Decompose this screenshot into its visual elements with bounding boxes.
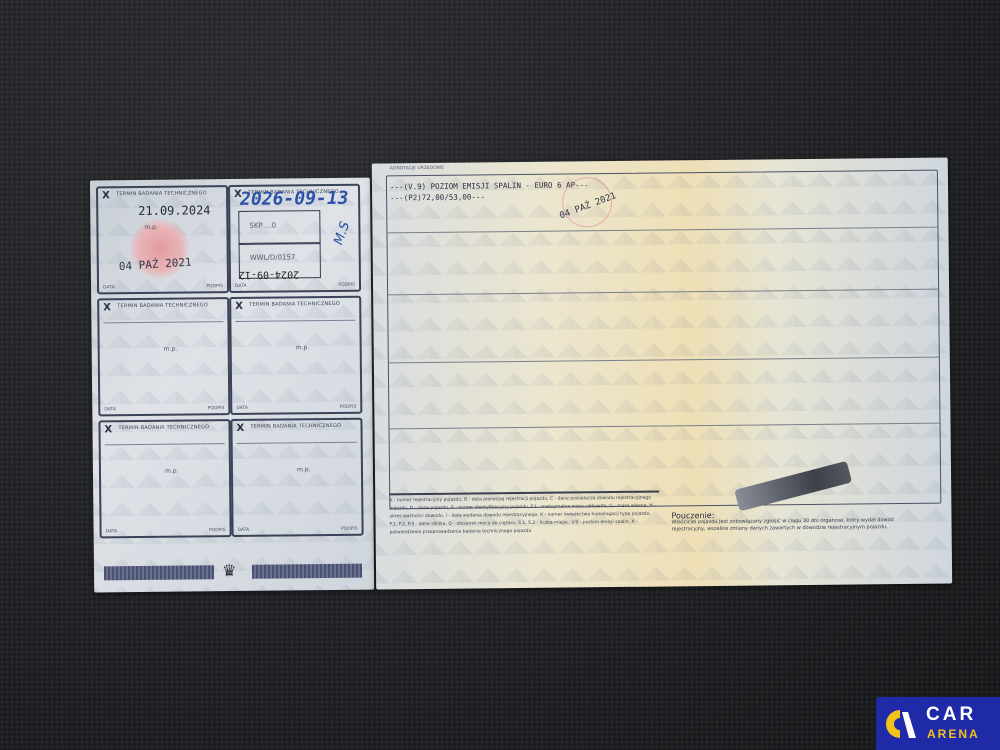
- power-line: ---(P2)72,00/53,00---: [390, 190, 589, 203]
- podpis-label: PODPIS: [209, 528, 226, 533]
- car-arena-logo-icon: [886, 708, 916, 740]
- guilloche-strip-left: [104, 565, 214, 580]
- inspection-box-5: X TERMIN BADANIA TECHNICZNEGO m.p. DATA …: [98, 419, 231, 538]
- ruled-line: [388, 289, 938, 296]
- data-label: DATA: [236, 406, 248, 411]
- box-header: TERMIN BADANIA TECHNICZNEGO: [250, 423, 341, 430]
- divider: [105, 443, 225, 445]
- emission-annotation: ---(V.9) POZIOM EMISJI SPALIN - EURO 6 A…: [390, 179, 589, 203]
- logo-text-car: CAR: [926, 704, 976, 726]
- data-label: DATA: [104, 407, 116, 412]
- inspection-box-4: X TERMIN BADANIA TECHNICZNEGO m.p. DATA …: [229, 296, 362, 415]
- box-header: TERMIN BADANIA TECHNICZNEGO: [116, 190, 207, 197]
- emblem-strip: ♛: [104, 560, 364, 585]
- logo-text-arena: ARENA: [927, 727, 980, 741]
- box-mark: X: [235, 301, 243, 312]
- inspection-box-1: X TERMIN BADANIA TECHNICZNEGO 21.09.2024…: [96, 185, 229, 294]
- divider: [235, 320, 355, 322]
- mp-label: m.p.: [164, 345, 178, 352]
- notice: Pouczenie: Właściciel pojazdu jest zobow…: [671, 510, 911, 534]
- field-legend: A - numer rejestracyjny pojazdu, B - dat…: [389, 495, 659, 538]
- divider: [237, 442, 357, 444]
- page-caption: ADNOTACJE URZĘDOWE: [390, 166, 444, 172]
- box-header: TERMIN BADANIA TECHNICZNEGO: [118, 424, 209, 431]
- stamp-date: 2024-09-12: [239, 268, 299, 280]
- box-mark: X: [103, 302, 111, 313]
- box-mark: X: [102, 190, 110, 201]
- mp-label: m.p.: [165, 467, 179, 474]
- inspection-date: 21.09.2024: [138, 203, 210, 218]
- polish-eagle-icon: ♛: [222, 561, 237, 580]
- podpis-label: PODPIS: [340, 405, 357, 410]
- data-label: DATA: [238, 528, 250, 533]
- stamp-frame-top: SKP ...0: [238, 210, 320, 245]
- station-code: WWL/D/0157: [250, 253, 296, 261]
- inspection-box-2: X TERMIN BADANIA TECHNICZNEGO 2026-09-13…: [228, 184, 361, 293]
- podpis-label: PODPIS: [208, 406, 225, 411]
- box-header: TERMIN BADANIA TECHNICZNEGO: [117, 302, 208, 309]
- box-header: TERMIN BADANIA TECHNICZNEGO: [249, 301, 340, 308]
- inspection-box-3: X TERMIN BADANIA TECHNICZNEGO m.p. DATA …: [97, 297, 230, 416]
- podpis-label: PODPIS: [206, 284, 223, 289]
- emission-line: ---(V.9) POZIOM EMISJI SPALIN - EURO 6 A…: [390, 179, 589, 192]
- mp-label: m.p.: [296, 344, 310, 351]
- podpis-label: PODPIS: [338, 283, 355, 288]
- ruled-line: [387, 227, 937, 234]
- guilloche-strip-right: [252, 564, 362, 579]
- inspection-box-6: X TERMIN BADANIA TECHNICZNEGO m.p. DATA …: [230, 418, 363, 537]
- data-label: DATA: [235, 284, 247, 289]
- registration-document: X TERMIN BADANIA TECHNICZNEGO 21.09.2024…: [90, 158, 952, 597]
- handwritten-date: 2026-09-13: [240, 188, 349, 210]
- car-arena-watermark: CAR ARENA: [876, 697, 1000, 750]
- data-label: DATA: [106, 529, 118, 534]
- ruled-line: [390, 423, 940, 430]
- ruled-line: [389, 357, 939, 364]
- left-page: X TERMIN BADANIA TECHNICZNEGO 21.09.2024…: [90, 178, 374, 593]
- podpis-label: PODPIS: [341, 527, 358, 532]
- data-label: DATA: [103, 285, 115, 290]
- divider: [103, 321, 223, 323]
- right-page: ADNOTACJE URZĘDOWE ---(V.9) POZIOM EMISJ…: [372, 158, 952, 590]
- notice-text: Właściciel pojazdu jest zobowiązany zgło…: [671, 517, 911, 534]
- box-mark: X: [104, 424, 112, 435]
- stamp-code: SKP ...0: [249, 222, 276, 230]
- annotations-frame: [386, 170, 941, 510]
- mp-label: m.p.: [297, 466, 311, 473]
- mp-label: m.p.: [144, 224, 158, 231]
- signature: M.S: [332, 220, 354, 247]
- box-mark: X: [236, 423, 244, 434]
